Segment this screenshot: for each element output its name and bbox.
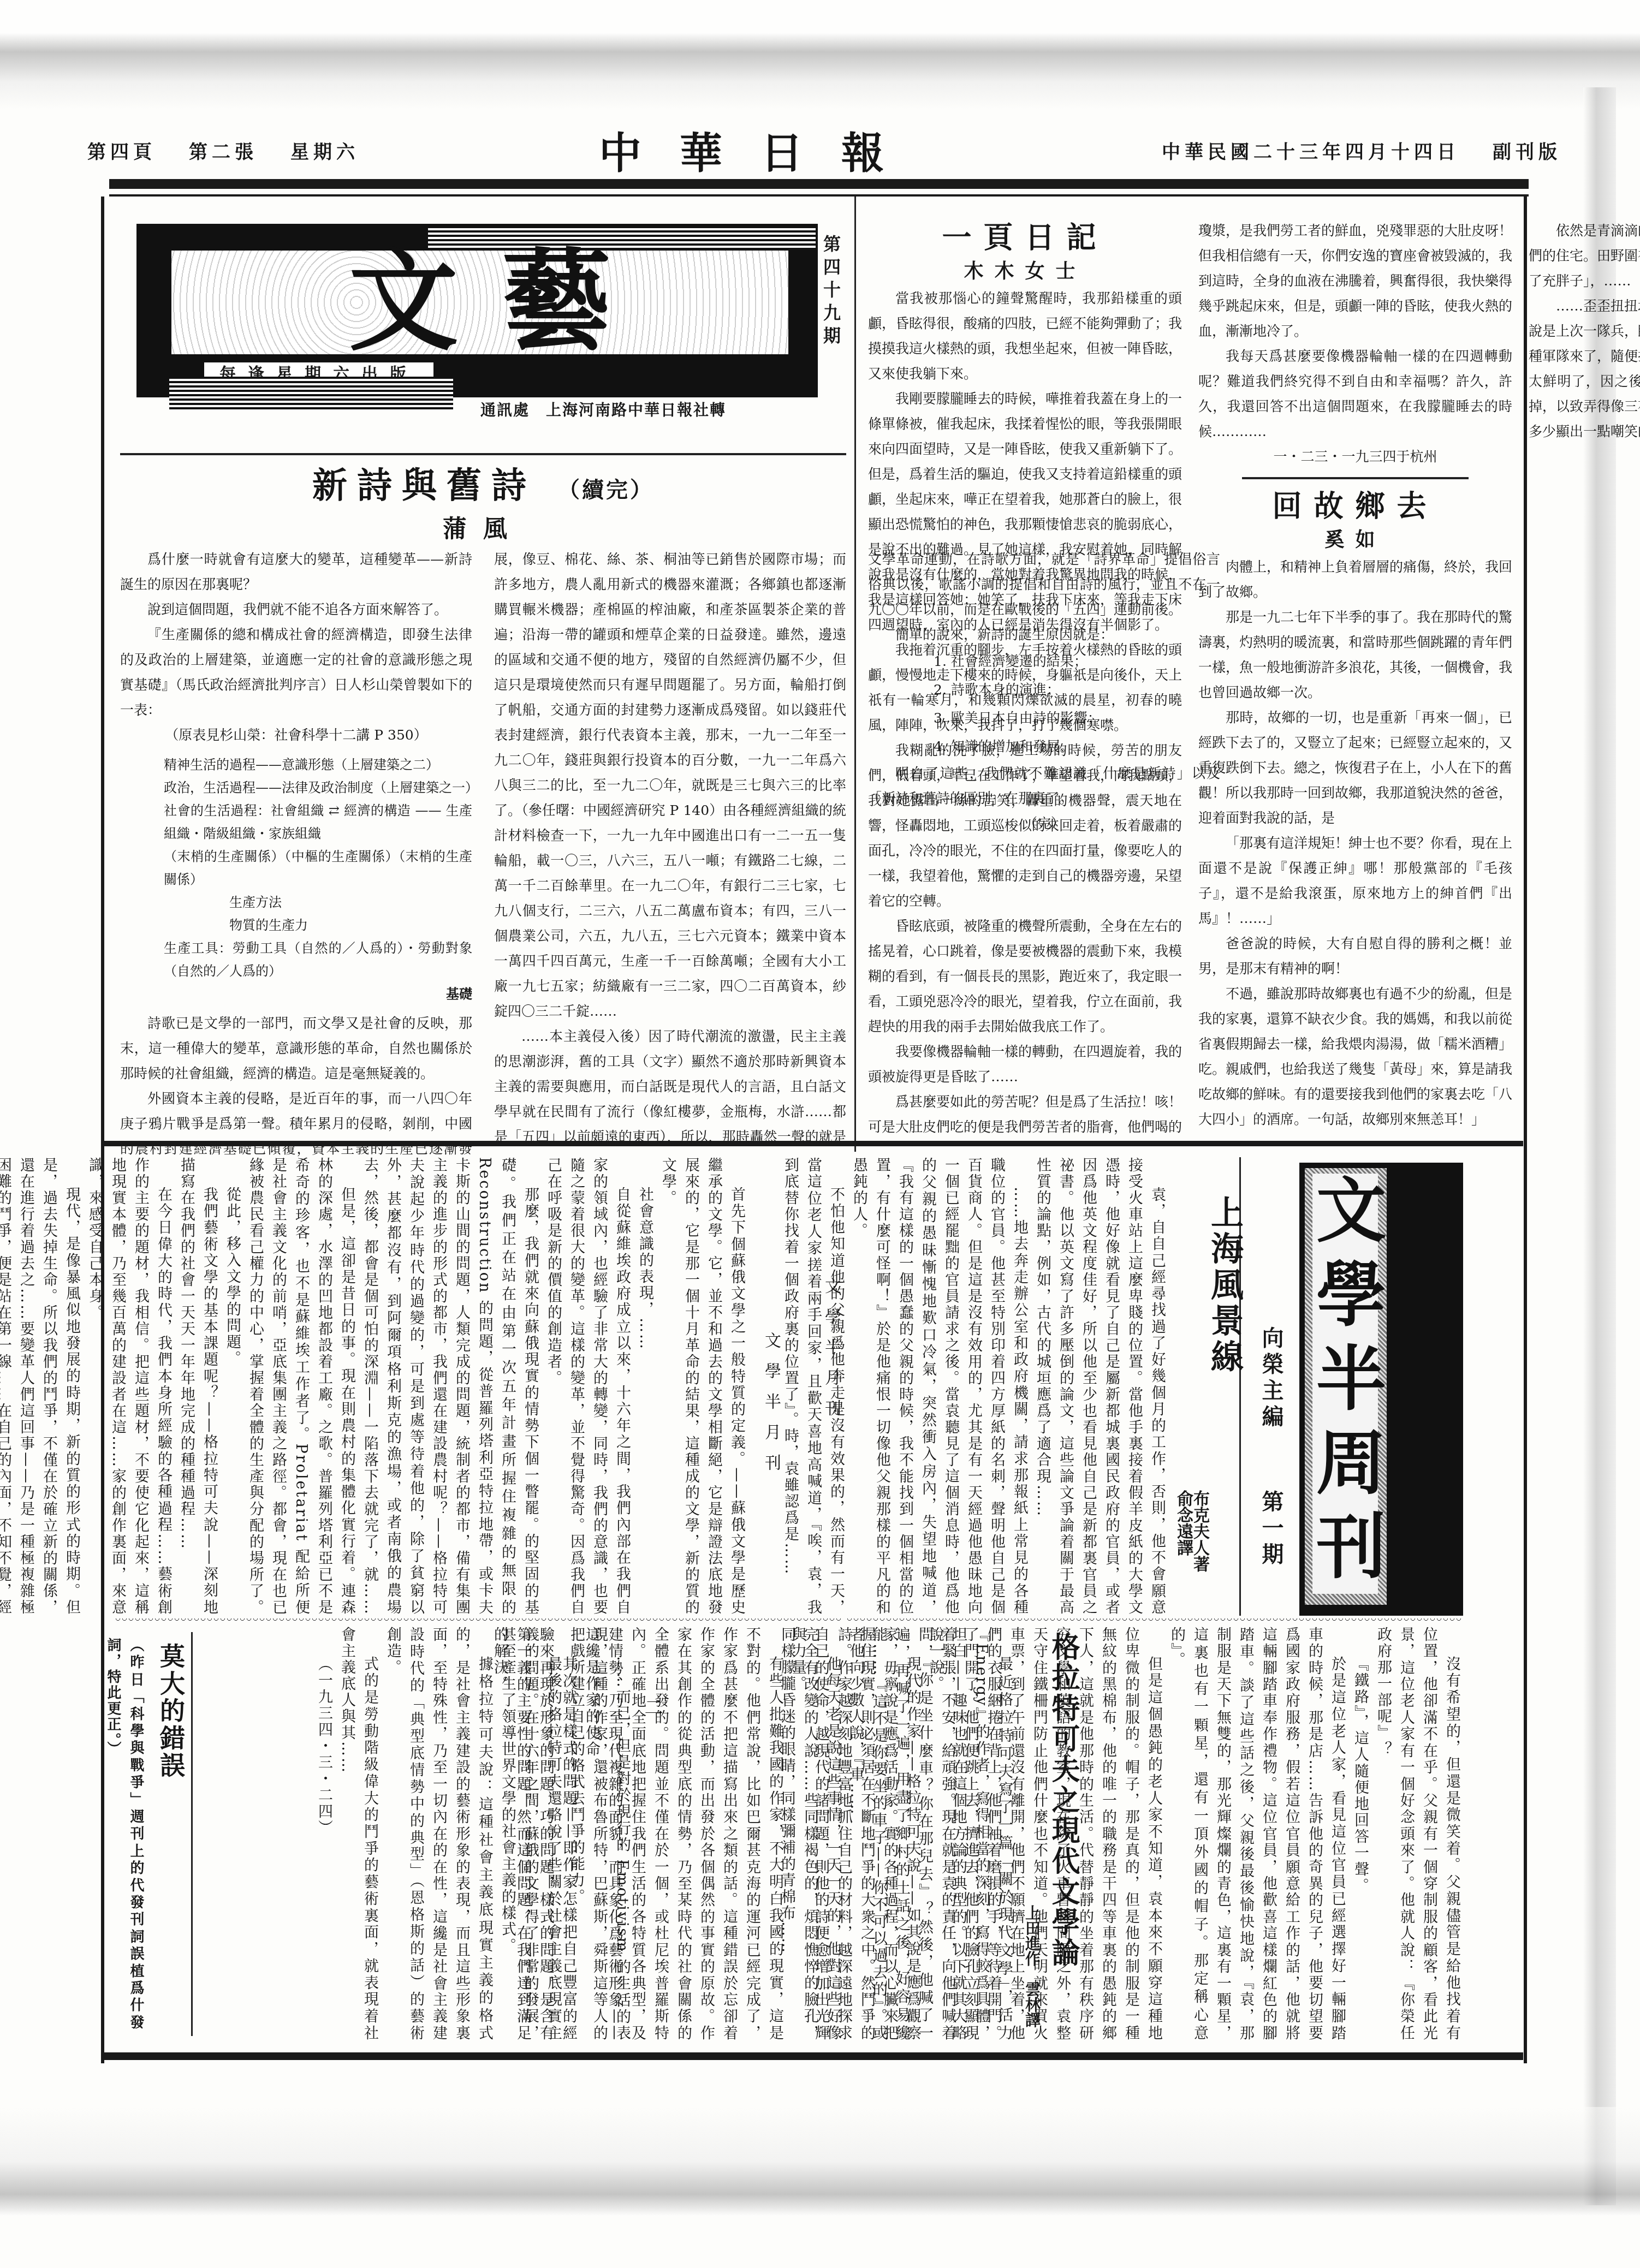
paragraph: 據格拉特可夫說：這種社會主義底現實主義的格式的，是社會主義建設的藝術形象的表現，…	[381, 1627, 496, 2041]
article-body: 爲什麼一時就會有這麼大的變革，這種變革——新詩誕生的原因在那裏呢？ 說到這個問題…	[120, 547, 846, 1164]
paragraph: 昏眩底頭，被隆重的機聲所震動，全身在左右的搖晃着，心口跳着，像是要被機器的震動下…	[868, 914, 1182, 1039]
paragraph: 我們藝術文學的基本課題呢？——格拉特可夫說——深刻地描寫在我們的社會一天天一年年…	[175, 1157, 221, 1616]
paragraph: 那麼，我們就來向蘇俄現實的情勢下個一瞥罷。的堅固的基礎。我們正在站在由第一次五年…	[358, 1157, 542, 1616]
essay2-date: （一九三四・三・二四）	[312, 1627, 335, 2041]
paragraph: 爲什麼一時就會有這麼大的變革，這種變革——新詩誕生的原因在那裏呢？	[120, 547, 472, 597]
wenxue-banzhoukan-masthead: 文學半周刊	[1299, 1163, 1463, 1616]
banner-char-wen: 文	[349, 248, 458, 357]
divider	[1242, 477, 1469, 479]
paragraph: 沒有希望的，但還是微笑着。父親儘管是給他找着有位置，他卻滿不在乎。父親有一個穿制…	[1371, 1627, 1463, 2041]
section-rule	[104, 1141, 1523, 1146]
column-divider	[854, 197, 856, 1152]
end-mark: （未完）	[1529, 444, 1640, 469]
paragraph: 那是一九二七年下半季的事了。我在那時代的驚濤裏，灼熱明的暖流裏，和當時那些個跳躍…	[1198, 605, 1512, 705]
paragraph: 當我被那惱心的鐘聲驚醒時，我那鉛樣重的頭顱，昏眩得很，酸痛的四肢，已經不能夠彈動…	[868, 286, 1182, 386]
article-poetry: 新詩與舊詩（續完） 蒲風 爲什麼一時就會有這麼大的變革，這種變革——新詩誕生的原…	[120, 464, 846, 1164]
essay-header-repeat: 文學半月刊	[759, 1332, 783, 1485]
banner-frame: 文 藝 每逢星期六出版	[136, 224, 818, 397]
paragraph: 現代的作家——格拉特可夫說——如其說是應爲觀察家，毋寧說是應爲活動家。實的各種過…	[786, 1627, 924, 2041]
paragraph: 首先下個蘇俄文學之一般特質的定義。——蘇俄文學是歷史繼承的文學。它，並不和過去的…	[656, 1157, 748, 1616]
story-translator: 俞念遠譯	[1171, 1490, 1195, 1556]
sheet-number: 第二張	[189, 137, 258, 164]
wavy-divider	[846, 1618, 1463, 1623]
paragraph: 詩歌已是文學的一部門，而文學又是社會的反映，那末，這一種偉大的變革，意識形態的革…	[120, 1011, 472, 1086]
diagram-bracket-label: 基礎	[120, 983, 472, 1005]
diagram-row: 生產方法	[120, 891, 472, 914]
wavy-divider	[115, 1618, 841, 1623]
paragraph: 肉體上，和精神上負着層層的痛傷，終於，我回到了故鄉。	[1198, 555, 1512, 605]
page-number: 第四頁	[87, 137, 156, 164]
essay-header: 文學半月刊	[819, 1277, 843, 1430]
section-name: 副刊版	[1493, 137, 1561, 164]
story-title: 上海風景線	[1201, 1195, 1248, 1376]
newspaper-page: 第四頁 第二張 星期六 中華日報 中華民國二十三年四月十四日 副刊版 文 藝 每…	[71, 115, 1583, 2129]
newspaper-title: 中華日報	[599, 120, 922, 181]
diary-signoff: 一・二三・一九三四于杭州	[1198, 444, 1512, 469]
essay2-body-right: 最近格拉特可夫寫了一篇「關於現代文學」，活力『Energy』的作者，寫得相當的深…	[661, 1627, 1015, 2041]
contact-address: 通訊處 上海河南路中華日報社轉	[480, 398, 726, 420]
paragraph: 不過，雖說那時故鄉裏也有過不少的紛亂，但是我的家裏，還算不缺衣少食。我的媽媽，和…	[1198, 981, 1512, 1132]
paragraph: 我要像機器輪軸一樣的轉動，在四週旋着，我的頭被旋得更是昏眩了……	[868, 1039, 1182, 1090]
top-half: 文 藝 每逢星期六出版 通訊處 上海河南路中華日報社轉 第四十九期 新詩與舊詩（…	[104, 197, 1523, 1157]
paragraph: 最後的格拉特可夫還略說了些關於社會主義底現實主義的問題。在十六年之間，蘇俄的文學…	[496, 1627, 565, 2041]
paragraph: 爸爸說的時候，大有自慰自得的勝利之概！並男，是那末有精神的啊！	[1198, 931, 1512, 981]
paragraph: 最近格拉特可夫寫了一篇「關於現代文學」，活力『Energy』的作者，寫得相當的深…	[924, 1627, 1015, 2041]
paragraph: 式的是勞動階級偉大的鬥爭的藝術裏面，就表現着社會主義底人與其……	[335, 1627, 381, 2041]
banner-stripes-decor	[428, 226, 816, 248]
article-status: （續完）	[558, 477, 654, 503]
hometown-author: 奚如	[1198, 525, 1512, 555]
paragraph: 我糊亂的洗了臉，進工場的時候，勞苦的朋友們，低着頭，早已在工作了，華望着我，向我…	[868, 738, 1182, 914]
weekday: 星期六	[290, 137, 359, 164]
paragraph: 從此，移入文學的問題。	[221, 1157, 243, 1616]
story-body-lower: 沒有希望的，但還是微笑着。父親儘管是給他找着有位置，他卻滿不在乎。父親有一個穿制…	[1174, 1627, 1463, 2041]
social-structure-diagram: 精神生活的過程——意識形態（上層建築之二） 政治，生活過程——法律及政治制度（上…	[120, 748, 472, 1011]
hometown-title: 回故鄉去	[1198, 487, 1512, 525]
paragraph: ……地去奔走辦公室和政府機關，請求那報紙上常見的各種職位的官員。他甚至特別印着四…	[847, 1157, 1031, 1616]
paragraph: ……而已，但是對於現行的 Emotivism 的生活的表現，這種的作家，還被布魯…	[565, 1627, 633, 2041]
diagram-row: 社會的生活過程：社會組織 ⇄ 經濟的構造 —— 生產組織・階級組織・家族組織	[120, 799, 472, 845]
column-divider	[191, 1632, 193, 2036]
paragraph: 我剛要朦朧睡去的時候，嘩推着我蓋在身上的一條單條被，催我起床，我揉着惺忪的眼，等…	[868, 386, 1182, 638]
correction-notice: （昨日「科學與戰爭」週刊上的代發刊詞誤植爲什發詞，特此更正。）	[115, 1638, 147, 2031]
paragraph: 「那裏有這洋規矩！紳士也不要？你看，現在上面還不是說『保護正紳』哪！那般黨部的『…	[1198, 831, 1512, 931]
paragraph: 於是這位老人家，看見這位官員已經選擇好一輛腳踏車的時候，那是店……告訴他的奇異的…	[1165, 1627, 1348, 2041]
paragraph: 但是，這卻是昔日的事。現在則農村的集體化實行着。連森林的深處，水澤的凹地都設着工…	[243, 1157, 358, 1616]
wenyi-banner: 文 藝 每逢星期六出版 通訊處 上海河南路中華日報社轉 第四十九期	[136, 224, 841, 453]
bottom-rule	[104, 2052, 1523, 2060]
banner-stripes-lower	[169, 377, 453, 409]
article-title: 新詩與舊詩（續完）	[120, 464, 846, 512]
diagram-row: 精神生活的過程——意識形態（上層建築之二）	[120, 753, 472, 776]
paragraph: 自從蘇維埃政府成立以來，十六年之間，我們內部在我們自家的領域內，也經驗了非常大的…	[542, 1157, 633, 1616]
issue-number: 第四十九期	[822, 235, 843, 349]
paragraph: 社會意識的表現，……	[633, 1157, 656, 1616]
editor-credit: 向榮主編	[1256, 1326, 1287, 1431]
correction-title: 莫大的錯誤	[153, 1643, 189, 1779]
table-source: （原表見杉山榮：社會科學十二講 P 350）	[120, 723, 472, 748]
essay-body: 首先下個蘇俄文學之一般特質的定義。——蘇俄文學是歷史繼承的文學。它，並不和過去的…	[115, 1157, 748, 1616]
diagram-row: 政治，生活過程——法律及政治制度（上層建築之一）	[120, 776, 472, 799]
issue-date: 中華民國二十三年四月十四日	[1162, 137, 1460, 164]
lower-issue-number: 第一期	[1256, 1490, 1287, 1569]
paragraph: 說到這個問題，我們就不能不追各方面來解答了。	[120, 597, 472, 622]
paragraph: 『鐵路』，這人隨便地回答一聲。	[1348, 1627, 1371, 2041]
essay2-body-left: ……而已，但是對於現行的 Emotivism 的生活的表現，這種的作家，還被布魯…	[197, 1627, 633, 2041]
article-author: 蒲風	[120, 512, 846, 547]
masthead-title: 文學半周刊	[1312, 1174, 1378, 1594]
paragraph: 現代，是像暴風似地發展的時期，新的質的形式的時期。但是，過去失掉生命。所以我們的…	[0, 1157, 83, 1616]
diagram-row: 生產工具：勞動工具（自然的／人爲的）・勞動對象（自然的／人爲的）	[120, 937, 472, 983]
paragraph: 在今日偉大的時代，我們本身所經驗的各種過程……藝術創作的主要的題材，我相信。把這…	[83, 1157, 175, 1616]
paragraph: 那時，故鄉的一切，也是重新「再來一個」，已經跌下去了的，又豎立了起來；已經豎立起…	[1198, 705, 1512, 831]
paragraph: 『生產關係的總和構成社會的經濟構造，即發生法律的及政治的上層建築，並適應一定的社…	[120, 622, 472, 723]
story-body-upper: 袁，自自己經尋找過了好幾個月的工作，否則，他不會願意接受火車站上這麼卑賤的位置。…	[846, 1157, 1168, 1616]
diary-title: 一頁日記	[868, 218, 1182, 257]
divider	[120, 453, 846, 455]
page-marker: 二	[639, 1698, 665, 1716]
diagram-row: 物質的生產力	[120, 914, 472, 937]
banner-char-yi: 藝	[502, 248, 611, 357]
paragraph: 我每天爲甚麼要像機器輪軸一樣的在四週轉動呢？難道我們終究得不到自由和幸福嗎？許久…	[1198, 344, 1512, 444]
masthead-left: 第四頁 第二張 星期六	[87, 137, 359, 164]
paragraph: 我拖着沉重的腳步，左手按着火樣熱的昏眩的頭顱，慢慢地走下樓來的時候，身軀祇是向後…	[868, 638, 1182, 738]
banner-pattern: 文 藝	[171, 251, 788, 354]
diary-author: 木木女士	[868, 257, 1182, 286]
paragraph: 袁，自自己經尋找過了好幾個月的工作，否則，他不會願意接受火車站上這麼卑賤的位置。…	[1031, 1157, 1168, 1616]
masthead-right: 中華民國二十三年四月十四日 副刊版	[1162, 137, 1561, 164]
masthead: 第四頁 第二張 星期六 中華日報 中華民國二十三年四月十四日 副刊版	[87, 126, 1561, 175]
diagram-row: （末梢的生產關係）（中樞的生產關係）（末梢的生產關係）	[120, 845, 472, 891]
masthead-rule-thick	[109, 179, 1529, 189]
essay2-title: 格拉特可夫之現代文學論	[1043, 1632, 1084, 1968]
paragraph: 依然是青滴滴的島山，綠映映的溪水，環繞着我們的住宅。田野圍在我家的四週。人們也還…	[1529, 218, 1640, 294]
scan-edge-top	[0, 0, 1640, 109]
literature-semiweekly-section: 文學半周刊 向榮主編 第一期 上海風景線 布克夫人著 俞念遠譯 袁，自自己經尋找…	[104, 1152, 1534, 2047]
essay2-translator: 上田進作 雲林譯	[1021, 1905, 1043, 2027]
right-top-articles: 一頁日記 木木女士 當我被那惱心的鐘聲驚醒時，我那鉛樣重的頭顱，昏眩得很，酸痛的…	[868, 218, 1512, 1146]
paragraph: ……歪歪扭扭地留下些「談虎色變」的句子。據說是上次一隊兵，臨別贈言似的留下的。然…	[1529, 294, 1640, 444]
